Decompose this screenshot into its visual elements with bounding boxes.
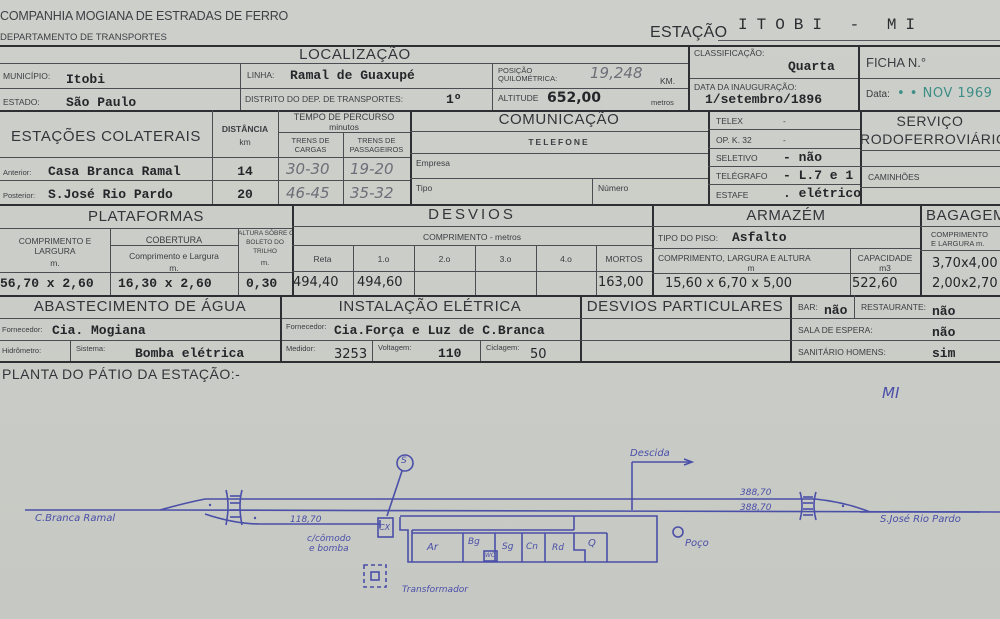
plataforma-comp-value: 56,70 x 2,60 bbox=[0, 276, 94, 291]
divider bbox=[688, 78, 1000, 79]
divider bbox=[492, 63, 493, 110]
cobertura-value: 16,30 x 2,60 bbox=[118, 276, 212, 291]
divider bbox=[708, 129, 860, 130]
desvio-col-3: 3.o bbox=[475, 254, 536, 264]
altura-unit: m. bbox=[238, 258, 292, 267]
section-title-bagagem: BAGAGEM bbox=[926, 207, 1000, 224]
opk-value: - bbox=[783, 135, 786, 145]
bagagem-value-1: 3,70x4,00 bbox=[932, 256, 998, 271]
armazem-dim-value: 15,60 x 6,70 x 5,00 bbox=[665, 276, 792, 291]
room-sg: Sg bbox=[502, 542, 513, 552]
ciclagem-label: Ciclagem: bbox=[486, 343, 519, 352]
altitude-value: 652,00 bbox=[547, 90, 601, 106]
divider bbox=[708, 110, 710, 205]
desvio-col-reta: Reta bbox=[292, 254, 353, 264]
altura-value: 0,30 bbox=[246, 276, 277, 291]
distancia-label: DISTÂNCIA bbox=[212, 124, 278, 134]
eletrica-fornecedor-label: Fornecedor: bbox=[286, 322, 326, 331]
seletivo-label: SELETIVO bbox=[716, 153, 758, 163]
anterior-distance: 14 bbox=[212, 164, 278, 179]
divider bbox=[0, 157, 410, 158]
desvio-col-4: 4.o bbox=[536, 254, 596, 264]
divider bbox=[708, 184, 860, 185]
divider bbox=[110, 245, 238, 246]
tipo-label: Tipo bbox=[416, 183, 432, 193]
room-rd: Rd bbox=[552, 543, 564, 553]
divider bbox=[0, 180, 410, 181]
company-name: COMPANHIA MOGIANA DE ESTRADAS DE FERRO bbox=[0, 9, 288, 23]
bagagem-value-2: 2,00x2,70 bbox=[932, 276, 998, 291]
desvio-col-2: 2.o bbox=[414, 254, 475, 264]
station-record-card: COMPANHIA MOGIANA DE ESTRADAS DE FERRO D… bbox=[0, 0, 1000, 619]
estado-label: ESTADO: bbox=[3, 97, 40, 107]
department-name: DEPARTAMENTO DE TRANSPORTES bbox=[0, 32, 167, 43]
piso-label: TIPO DO PISO: bbox=[658, 233, 718, 243]
station-label: ESTAÇÃO bbox=[650, 24, 727, 42]
room-cn: Cn bbox=[526, 542, 538, 552]
divider bbox=[410, 131, 708, 132]
posterior-cargas-time: 46-45 bbox=[286, 184, 330, 202]
armazem-dim-label: COMPRIMENTO, LARGURA E ALTURA bbox=[658, 253, 811, 263]
anterior-cargas-time: 30-30 bbox=[286, 160, 330, 178]
poco-label: Poço bbox=[685, 538, 709, 549]
bar-label: BAR: bbox=[798, 302, 818, 312]
divider bbox=[580, 318, 790, 319]
classificacao-label: CLASSIFICAÇÃO: bbox=[694, 48, 764, 58]
section-title-servico-2: RODOFERROVIÁRIO bbox=[860, 131, 1000, 147]
divider bbox=[410, 153, 708, 154]
sistema-label: Sistema: bbox=[76, 344, 105, 353]
agua-fornecedor-label: Fornecedor: bbox=[2, 325, 42, 334]
altura-label-3: TRILHO bbox=[238, 248, 292, 255]
telegrafo-label: TELÉGRAFO bbox=[716, 171, 767, 181]
section-title-localizacao: LOCALIZAÇÃO bbox=[230, 46, 480, 63]
ficha-data-label: Data: bbox=[866, 89, 890, 100]
anterior-passageiros-time: 19-20 bbox=[350, 160, 394, 178]
bar-value: não bbox=[824, 303, 847, 318]
divider bbox=[0, 228, 292, 229]
inauguracao-label: DATA DA INAUGURAÇÃO: bbox=[694, 82, 797, 92]
divider bbox=[0, 361, 1000, 363]
desvio-col-1: 1.o bbox=[353, 254, 414, 264]
posicao-unit: KM. bbox=[660, 76, 675, 86]
posicao-value: 19,248 bbox=[590, 64, 643, 82]
telex-value: - bbox=[783, 116, 786, 126]
posterior-passageiros-time: 35-32 bbox=[350, 184, 394, 202]
cobertura-label: COBERTURA bbox=[110, 235, 238, 245]
piso-value: Asfalto bbox=[732, 230, 787, 245]
passageiros-label: TRENS DE bbox=[343, 136, 410, 145]
estafe-label: ESTAFE bbox=[716, 190, 748, 200]
section-title-plataformas: PLATAFORMAS bbox=[0, 208, 292, 225]
track-top-length: 388,70 bbox=[740, 488, 772, 498]
divider bbox=[596, 245, 597, 296]
divider bbox=[480, 340, 481, 362]
tempo-label: TEMPO DE PERCURSO bbox=[278, 112, 410, 122]
telefone-label: TELEFONE bbox=[410, 137, 708, 147]
divider bbox=[70, 340, 71, 362]
altura-label-2: BOLETO DO bbox=[238, 239, 292, 246]
divider bbox=[652, 226, 920, 227]
medidor-label: Medidor: bbox=[286, 344, 315, 353]
divider bbox=[372, 340, 373, 362]
caminhoes-label: CAMINHÕES bbox=[868, 172, 919, 182]
restaurante-label: RESTAURANTE: bbox=[861, 302, 926, 312]
divider bbox=[278, 132, 410, 133]
divider bbox=[860, 187, 1000, 188]
tempo-unit: minutos bbox=[278, 122, 410, 132]
divider bbox=[536, 245, 537, 296]
posterior-distance: 20 bbox=[212, 187, 278, 202]
telex-label: TELEX bbox=[716, 116, 743, 126]
divider bbox=[708, 166, 860, 167]
section-title-servico: SERVIÇO bbox=[860, 113, 1000, 129]
room-bg: Bg bbox=[468, 537, 480, 547]
divider bbox=[475, 245, 476, 296]
cargas-label-2: CARGAS bbox=[278, 145, 343, 154]
capacidade-unit: m3 bbox=[850, 263, 920, 273]
section-title-eletrica: INSTALAÇÃO ELÉTRICA bbox=[280, 298, 580, 315]
section-title-agua: ABASTECIMENTO DE ÁGUA bbox=[0, 298, 280, 315]
sanitario-label: SANITÁRIO HOMENS: bbox=[798, 347, 886, 357]
divider bbox=[0, 295, 1000, 297]
divider bbox=[353, 245, 354, 296]
distancia-unit: km bbox=[212, 137, 278, 147]
ficha-date-stamp: • • NOV 1969 bbox=[897, 86, 992, 101]
divider bbox=[592, 178, 593, 205]
agua-fornecedor-value: Cia. Mogiana bbox=[52, 323, 146, 338]
linha-value: Ramal de Guaxupé bbox=[290, 68, 415, 83]
yard-plan-diagram bbox=[0, 380, 1000, 619]
altitude-label: ALTITUDE bbox=[498, 93, 538, 103]
plataforma-comp-label: COMPRIMENTO E bbox=[0, 236, 110, 246]
divider bbox=[0, 318, 580, 319]
comodo-label-2: e bomba bbox=[309, 544, 349, 554]
voltagem-value: 110 bbox=[438, 346, 461, 361]
tank-label: CX bbox=[379, 523, 390, 532]
sanitario-value: sim bbox=[932, 346, 955, 361]
voltagem-label: Voltagem: bbox=[378, 343, 411, 352]
ficha-label: FICHA N.° bbox=[866, 55, 926, 70]
station-underline bbox=[718, 40, 1000, 41]
comprimento-label: COMPRIMENTO - metros bbox=[292, 232, 652, 242]
hidrometro-label: Hidrômetro: bbox=[2, 346, 41, 355]
desvio-reta-value: 494,40 bbox=[293, 275, 339, 290]
desvio-col-mortos: MORTOS bbox=[596, 254, 652, 264]
linha-label: LINHA: bbox=[247, 70, 274, 80]
altitude-unit: metros bbox=[651, 98, 674, 107]
telegrafo-value: - L.7 e 1 bbox=[783, 168, 853, 183]
ciclagem-value: 50 bbox=[530, 347, 547, 362]
distrito-label: DISTRITO DO DEP. DE TRANSPORTES: bbox=[245, 94, 403, 104]
posterior-label: Posterior: bbox=[3, 191, 35, 200]
cargas-label: TRENS DE bbox=[278, 136, 343, 145]
armazem-dim-unit: m bbox=[652, 263, 850, 273]
divider bbox=[688, 45, 690, 110]
divider bbox=[292, 245, 652, 246]
municipio-value: Itobi bbox=[66, 72, 105, 87]
anterior-label: Anterior: bbox=[3, 168, 31, 177]
divider bbox=[0, 340, 580, 341]
divider bbox=[854, 295, 855, 318]
signal-label: S bbox=[401, 456, 407, 466]
bagagem-label: COMPRIMENTO bbox=[931, 230, 988, 239]
divider bbox=[0, 45, 1000, 47]
empresa-label: Empresa bbox=[416, 158, 450, 168]
divider bbox=[858, 45, 860, 110]
desvio-1-value: 494,60 bbox=[357, 275, 403, 290]
divider bbox=[920, 250, 1000, 251]
divider bbox=[790, 295, 792, 362]
medidor-value: 3253 bbox=[334, 347, 367, 362]
divider bbox=[652, 273, 920, 274]
divider bbox=[920, 226, 1000, 227]
posicao-label-2: QUILOMÉTRICA: bbox=[498, 74, 557, 83]
divider bbox=[240, 63, 241, 110]
divider bbox=[790, 318, 1000, 319]
right-station-label: S.José Rio Pardo bbox=[880, 514, 961, 525]
classificacao-value: Quarta bbox=[788, 59, 835, 74]
transformer-label: Transformador bbox=[402, 585, 468, 595]
plataforma-comp-unit: m. bbox=[0, 258, 110, 268]
divider bbox=[414, 245, 415, 296]
descida-label: Descida bbox=[630, 448, 670, 459]
sala-espera-value: não bbox=[932, 325, 955, 340]
station-name: ITOBI - MI bbox=[738, 16, 924, 34]
track-bottom-length: 388,70 bbox=[740, 503, 772, 513]
section-title-desvios-particulares: DESVIOS PARTICULARES bbox=[580, 298, 790, 315]
eletrica-fornecedor-value: Cia.Força e Luz de C.Branca bbox=[334, 323, 545, 338]
passageiros-label-2: PASSAGEIROS bbox=[343, 145, 410, 154]
capacidade-label: CAPACIDADE bbox=[850, 253, 920, 263]
plataforma-comp-label-2: LARGURA bbox=[0, 246, 110, 256]
siding-length: 118,70 bbox=[290, 515, 322, 525]
desvio-mortos-value: 163,00 bbox=[598, 275, 644, 290]
section-title-desvios: DESVIOS bbox=[292, 206, 652, 223]
anterior-station: Casa Branca Ramal bbox=[48, 164, 181, 179]
numero-label: Número bbox=[598, 183, 628, 193]
left-station-label: C.Branca Ramal bbox=[35, 513, 115, 524]
sala-espera-label: SALA DE ESPERA: bbox=[798, 325, 873, 335]
bagagem-label-2: E LARGURA m. bbox=[931, 239, 984, 248]
room-wc: WC bbox=[485, 552, 495, 559]
municipio-label: MUNICÍPIO: bbox=[3, 71, 50, 81]
inauguracao-value: 1/setembro/1896 bbox=[705, 92, 822, 107]
divider bbox=[860, 150, 1000, 151]
divider bbox=[652, 248, 920, 249]
divider bbox=[292, 271, 652, 272]
divider bbox=[0, 88, 688, 89]
estafe-value: . elétrico bbox=[783, 186, 861, 201]
comodo-label: c/cômodo bbox=[307, 534, 351, 544]
divider bbox=[580, 340, 790, 341]
section-title-armazem: ARMAZÉM bbox=[652, 207, 920, 224]
section-title-estacoes-colaterais: ESTAÇÕES COLATERAIS bbox=[0, 128, 212, 145]
section-title-comunicacao: COMUNICAÇÃO bbox=[410, 111, 708, 128]
divider bbox=[410, 178, 708, 179]
divider bbox=[0, 63, 688, 64]
opk-label: OP. K. 32 bbox=[716, 135, 752, 145]
room-ar: Ar bbox=[427, 542, 438, 553]
divider bbox=[860, 166, 1000, 167]
altura-label: ALTURA SÔBRE O bbox=[238, 230, 292, 237]
divider bbox=[0, 272, 292, 273]
distrito-value: 1º bbox=[446, 92, 462, 107]
capacidade-value: 522,60 bbox=[852, 276, 898, 291]
posterior-station: S.José Rio Pardo bbox=[48, 187, 173, 202]
seletivo-value: - não bbox=[783, 150, 822, 165]
cobertura-sub: Comprimento e Largura bbox=[110, 251, 238, 261]
room-q: Q bbox=[588, 538, 596, 549]
divider bbox=[708, 148, 860, 149]
divider bbox=[292, 226, 652, 227]
estado-value: São Paulo bbox=[66, 95, 136, 110]
divider bbox=[790, 340, 1000, 341]
sistema-value: Bomba elétrica bbox=[135, 346, 244, 361]
restaurante-value: não bbox=[932, 304, 955, 319]
